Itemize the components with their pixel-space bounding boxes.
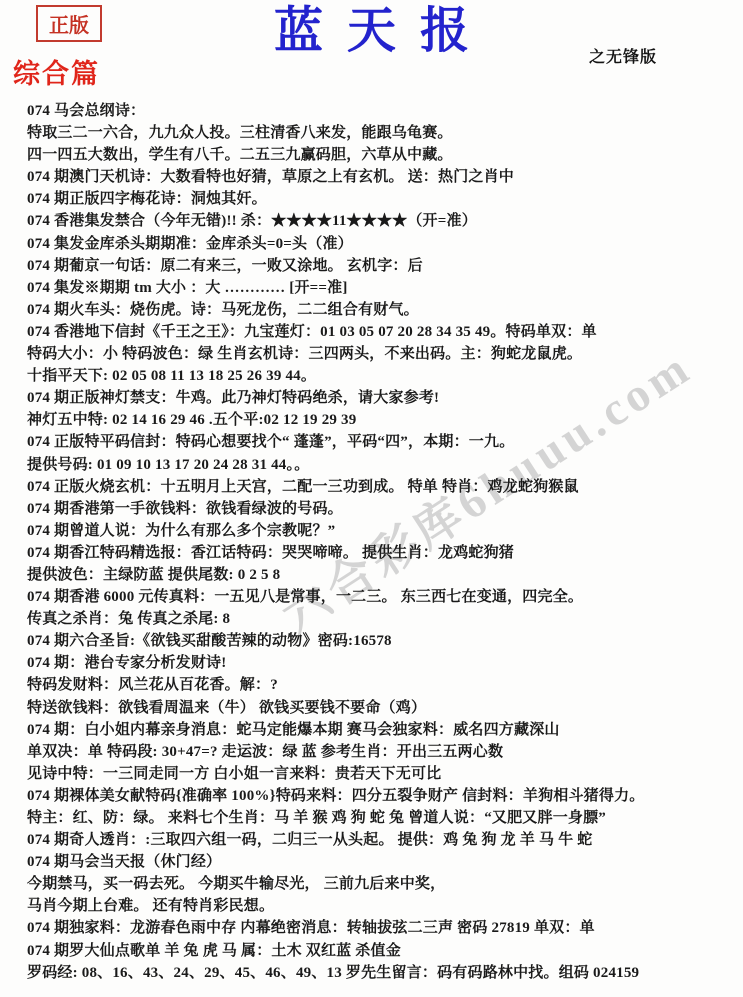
content-line: 074 集发※期期 tm 大小 ：大 ………… [开==准] [27, 277, 737, 299]
content-line: 提供波色：主绿防蓝 提供尾数: 0 2 5 8 [27, 564, 737, 586]
content-line: 特送欲钱料：欲钱看周温来（牛） 欲钱买要钱不要命（鸡） [27, 697, 737, 719]
content-line: 特码大小：小 特码波色：绿 生肖玄机诗：三四两头，不来出码。主：狗蛇龙鼠虎。 [27, 343, 737, 365]
content-line: 074 期正版四字梅花诗：洞烛其奸。 [27, 188, 737, 210]
section-title: 综合篇 [13, 52, 100, 91]
content-line: 神灯五中特: 02 14 16 29 46 .五个平:02 12 19 29 3… [27, 409, 737, 431]
content-line: 074 期马会当天报（休门经） [27, 851, 737, 873]
content-line: 074 期：港台专家分析发财诗! [27, 652, 737, 674]
content-line: 提供号码: 01 09 10 13 17 20 24 28 31 44。。 [27, 454, 737, 476]
content-line: 074 期澳门天机诗：大数看特也好猜，草原之上有玄机。 送：热门之肖中 [27, 166, 737, 188]
content-line: 074 期火车头：烧伤虎。诗：马死龙伤，二二组合有财气。 [27, 299, 737, 321]
content-line: 074 香港地下信封《千王之王》：九宝莲灯：01 03 05 07 20 28 … [27, 321, 737, 343]
content-line: 马肖今期上台难。 还有特肖彩民想。 [27, 895, 737, 917]
content-line: 罗码经: 08、16、43、24、29、45、46、49、13 罗先生留言：码有… [27, 962, 737, 984]
content-line: 074 期葡京一句话：原二有来三，一败又涂地。 玄机字：后 [27, 255, 737, 277]
content-line: 074 期罗大仙点歌单 羊 兔 虎 马 属：土木 双红蓝 杀值金 [27, 940, 737, 962]
content-line: 074 期：白小姐内幕亲身消息：蛇马定能爆本期 赛马会独家料：威名四方藏深山 [27, 719, 737, 741]
content-line: 单双决：单 特码段: 30+47=? 走运波：绿 蓝 参考生肖：开出三五两心数 [27, 741, 737, 763]
content-line: 074 期曾道人说：为什么有那么多个宗教呢？” [27, 520, 737, 542]
content-line: 特取三二一六合，九九众人投。三柱清香八来发，能跟乌龟赛。 [27, 122, 737, 144]
content-line: 074 期六合圣旨:《欲钱买甜酸苦辣的动物》密码:16578 [27, 630, 737, 652]
content-line: 074 期香江特码精选报：香江话特码：哭哭啼啼。 提供生肖：龙鸡蛇狗猪 [27, 542, 737, 564]
content-line: 十指平天下: 02 05 08 11 13 18 25 26 39 44。 [27, 365, 737, 387]
content-line: 见诗中特：一三同走同一方 白小姐一言来料：贵若天下无可比 [27, 763, 737, 785]
content-line: 074 期独家料：龙游春色雨中存 内幕绝密消息：转轴拔弦二三声 密码 27819… [27, 917, 737, 939]
content-line: 074 期奇人透肖：:三取四六组一码，二归三一从头起。 提供：鸡 兔 狗 龙 羊… [27, 829, 737, 851]
content-line: 074 期正版神灯禁支：牛鸡。此乃神灯特码绝杀，请大家参考! [27, 387, 737, 409]
content-line: 特主：红、防：绿。 来料七个生肖：马 羊 猴 鸡 狗 蛇 兔 曾道人说：“又肥又… [27, 807, 737, 829]
content-line: 074 期香港第一手欲钱料：欲钱看绿波的号码。 [27, 498, 737, 520]
content-line: 074 正版火烧玄机：十五明月上天宫，二配一三功到成。 特单 特肖：鸡龙蛇狗猴鼠 [27, 476, 737, 498]
content-line: 074 期香港 6000 元传真料：一五见八是常事，一二三。 东三西七在变通，四… [27, 586, 737, 608]
content-line: 传真之杀肖：兔 传真之杀尾: 8 [27, 608, 737, 630]
content-line: 特码发财料：风兰花从百花香。解：? [27, 674, 737, 696]
content-line: 074 正版特平码信封：特码心想要找个“ 蓬蓬”，平码“四”，本期：一九。 [27, 431, 737, 453]
content-line: 074 马会总纲诗： [27, 100, 737, 122]
content-line: 今期禁马，买一码去死。 今期买牛输尽光， 三前九后来中奖， [27, 873, 737, 895]
newspaper-page: 正版 蓝天报 之无锋版 综合篇 六合彩库6huuu.com 074 马会总纲诗：… [0, 0, 743, 997]
content-line: 四一四五大数出，学生有八千。二五三九赢码胆，六草从中藏。 [27, 144, 737, 166]
content-line: 074 集发金库杀头期期准：金库杀头=0=头（准） [27, 233, 737, 255]
content-line: 074 期裸体美女献特码{准确率 100%}特码来料：四分五裂争财产 信封料：羊… [27, 785, 737, 807]
content-line: 074 香港集发禁合（今年无错)!! 杀：★★★★11★★★★（开=准） [27, 210, 737, 232]
edition-label: 之无锋版 [589, 44, 657, 67]
content-lines: 074 马会总纲诗：特取三二一六合，九九众人投。三柱清香八来发，能跟乌龟赛。四一… [27, 100, 737, 984]
